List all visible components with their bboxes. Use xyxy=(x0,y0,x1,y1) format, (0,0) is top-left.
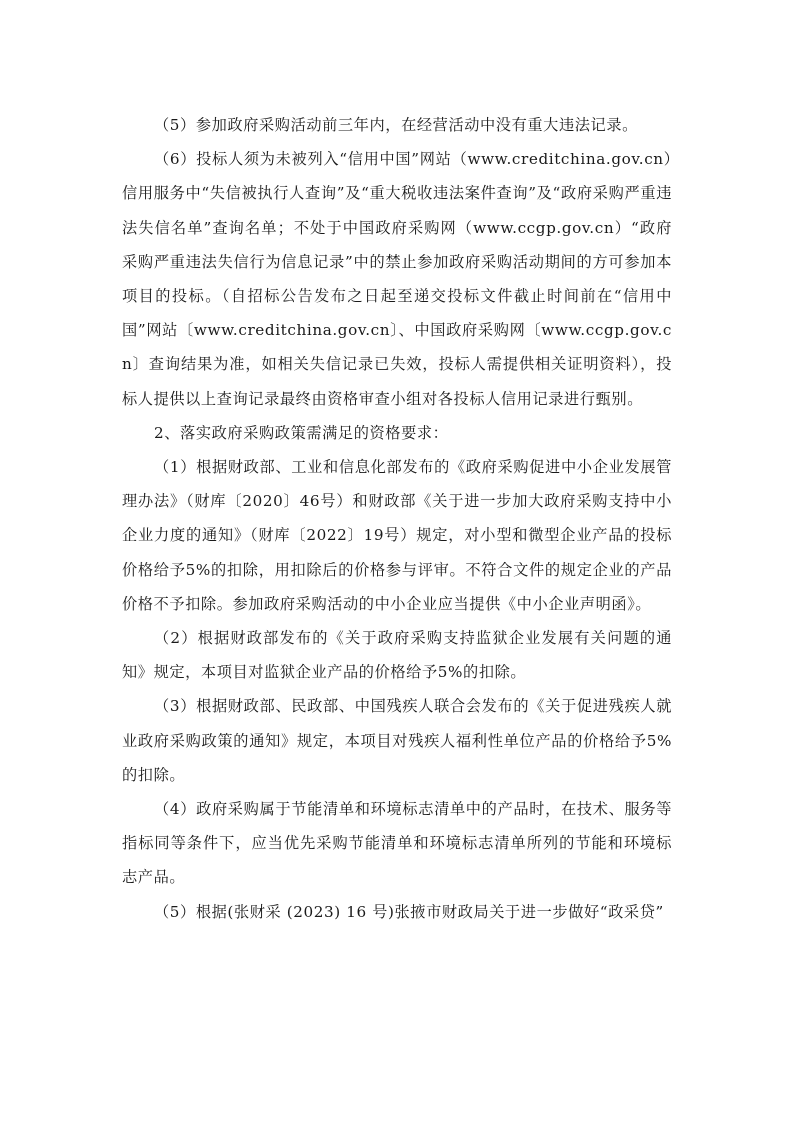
document-body: （5）参加政府采购活动前三年内，在经营活动中没有重大违法记录。 （6）投标人须为… xyxy=(122,108,672,929)
paragraph-credit-check: （6）投标人须为未被列入“信用中国”网站（www.creditchina.gov… xyxy=(122,142,672,416)
paragraph-prison-enterprise-policy: （2）根据财政部发布的《关于政府采购支持监狱企业发展有关问题的通知》规定，本项目… xyxy=(122,621,672,689)
paragraph-disabled-welfare-policy: （3）根据财政部、民政部、中国残疾人联合会发布的《关于促进残疾人就业政府采购政策… xyxy=(122,689,672,792)
section-heading-policy-requirements: 2、落实政府采购政策需满足的资格要求： xyxy=(122,416,672,450)
paragraph-sme-policy: （1）根据财政部、工业和信息化部发布的《政府采购促进中小企业发展管理办法》（财库… xyxy=(122,450,672,621)
document-page: （5）参加政府采购活动前三年内，在经营活动中没有重大违法记录。 （6）投标人须为… xyxy=(0,0,793,1122)
paragraph-procurement-loan-policy: （5）根据(张财采 (2023) 16 号)张掖市财政局关于进一步做好“政采贷” xyxy=(122,895,672,929)
paragraph-no-violation-record: （5）参加政府采购活动前三年内，在经营活动中没有重大违法记录。 xyxy=(122,108,672,142)
paragraph-energy-environment-policy: （4）政府采购属于节能清单和环境标志清单中的产品时，在技术、服务等指标同等条件下… xyxy=(122,792,672,895)
